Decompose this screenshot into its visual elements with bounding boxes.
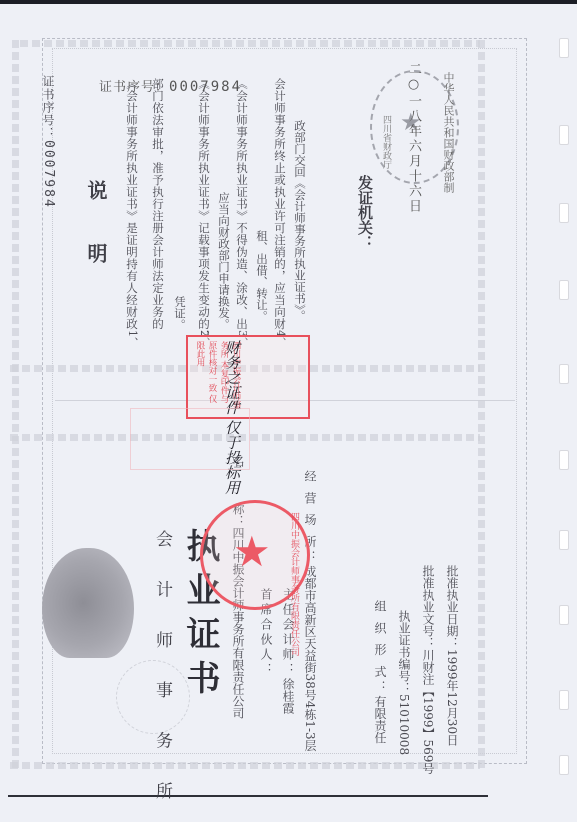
field-value: 徐桂霞 [281, 678, 295, 714]
serial-number-vertical: 证书序号：0007984 [40, 75, 57, 209]
license-field-premises: 经 营 场 所：成都市高新区天益街38号4栋1-3层 [302, 470, 319, 752]
punch-hole [559, 38, 569, 58]
certified-copy-stamp: 四川中振会计师事务所 本复印件与原件核对一致 仅限此用 [186, 335, 310, 419]
field-label: 批准执业日期： [445, 565, 459, 649]
issue-date: 二○一八年六月十六日 [404, 62, 423, 214]
license-title-line-1: 会 计 师 事 务 所 [150, 530, 175, 813]
punch-hole [559, 530, 569, 550]
border-pattern-left [12, 40, 19, 770]
explanation-item-2-line-2: 应当向财政部门申请换发。 [216, 192, 232, 330]
issuer-seal-text: 四川省财政厅 [380, 115, 393, 169]
punch-hole [559, 755, 569, 775]
serial-label-v: 证书序号： [41, 75, 55, 140]
explanation-item-1-line-1: 《会计师事务所执业证书》是证明持有人经财政 [124, 78, 140, 330]
explanation-item-1-index: 1、 [124, 330, 140, 348]
license-field-org-form: 组 织 形 式：有限责任 [372, 600, 389, 743]
punch-hole [559, 605, 569, 625]
field-value: 1999年12月30日 [445, 649, 459, 746]
explanation-item-4-line-2: 政部门交回《会计师事务所执业证书》。 [292, 120, 308, 321]
issuer-label: 发证机关： [355, 175, 376, 250]
punch-holes [559, 0, 569, 822]
field-value: 有限责任 [373, 695, 387, 743]
explanation-item-3-line-2: 租、出借、转让。 [254, 230, 270, 322]
field-value: 成都市高新区天益街38号4栋1-3层 [303, 565, 317, 751]
field-label: 执业证书编号： [397, 610, 411, 694]
punch-hole [559, 125, 569, 145]
license-field-approval-date: 批准执业日期：1999年12月30日 [444, 565, 461, 746]
seal-star-icon: ★ [233, 531, 271, 573]
scan-bottom-line [8, 795, 488, 797]
explanation-item-3-line-1: 《会计师事务所执业证书》不得伪造、涂改、出 [234, 78, 250, 330]
license-field-cert-number: 执业证书编号：51010008 [396, 610, 413, 755]
punch-hole [559, 280, 569, 300]
explanation-title: 说 明 [82, 180, 111, 281]
field-label: 批准执业文号： [421, 565, 435, 649]
border-pattern-top [20, 40, 480, 47]
explanation-item-2-line-1: 《会计师事务所执业证书》记载事项发生变动的， [196, 78, 212, 342]
border-pattern-bottom [10, 762, 480, 769]
punch-hole [559, 450, 569, 470]
company-seal-text: 四川中振会计师事务所有限责任公司 [288, 512, 301, 656]
explanation-item-1-line-3: 凭证。 [172, 296, 188, 331]
serial-value-v: 0007984 [41, 140, 56, 209]
license-field-approval-doc: 批准执业文号：川财注【1999】569号 [420, 565, 437, 774]
national-emblem [42, 548, 134, 658]
serial-number: 证书序号：0007984 [99, 76, 242, 95]
punch-hole [559, 203, 569, 223]
explanation-item-1-line-2: 部门依法审批，准予执行注册会计师法定业务的 [150, 78, 166, 330]
punch-hole [559, 364, 569, 384]
explanation-item-4-line-1: 会计师事务所终止或执业许可注销的，应当向财 [272, 78, 288, 330]
field-value: 川财注【1999】569号 [421, 649, 435, 774]
field-label: 组 织 形 式： [373, 600, 387, 695]
punch-hole [559, 690, 569, 710]
supervisor-label: 中华人民共和国财政部制 [440, 72, 456, 193]
field-value: 51010008 [397, 694, 411, 755]
border-pattern-right [478, 40, 485, 770]
